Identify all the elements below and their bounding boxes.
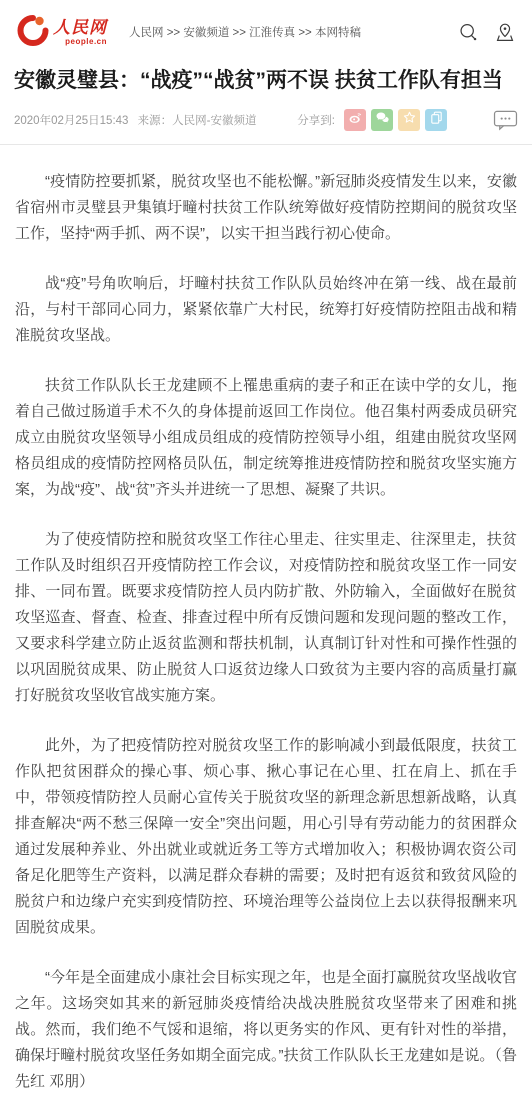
- top-bar-icons: [458, 22, 516, 43]
- article-page: 人民网 people.cn 人民网 >> 安徽频道 >> 江淮传真 >> 本网特…: [0, 0, 532, 1105]
- search-icon[interactable]: [458, 22, 479, 43]
- meta-divider: [0, 144, 532, 145]
- article-paragraph: 扶贫工作队队长王龙建顾不上罹患重病的妻子和正在读中学的女儿，拖着自己做过肠道手术…: [15, 373, 517, 503]
- star-icon: [402, 110, 417, 130]
- page-title: 安徽灵璧县：“战疫”“战贫”两不误 扶贫工作队有担当: [0, 58, 532, 95]
- top-bar: 人民网 people.cn 人民网 >> 安徽频道 >> 江淮传真 >> 本网特…: [0, 0, 532, 58]
- logo-text: 人民网 people.cn: [53, 19, 107, 46]
- logo-brand-text: 人民网: [53, 19, 107, 36]
- copy-icon: [429, 110, 444, 130]
- share-weibo-button[interactable]: [344, 109, 366, 131]
- logo-sub-text: people.cn: [53, 38, 107, 46]
- publish-date: 2020年02月25日15:43: [14, 115, 128, 127]
- article-paragraph: 战“疫”号角吹响后，圩疃村扶贫工作队队员始终冲在第一线、战在最前沿，与村干部同心…: [15, 271, 517, 349]
- people-cn-swirl-icon: [16, 14, 50, 51]
- article-paragraph: “今年是全面建成小康社会目标实现之年，也是全面打赢脱贫攻坚战收官之年。这场突如其…: [15, 965, 517, 1095]
- article-paragraph: 为了使疫情防控和脱贫攻坚工作往心里走、往实里走、往深里走，扶贫工作队及时组织召开…: [15, 527, 517, 709]
- article-meta: 2020年02月25日15:43 来源：人民网-安徽频道: [14, 112, 297, 128]
- meta-row: 2020年02月25日15:43 来源：人民网-安徽频道 分享到:: [0, 95, 532, 131]
- article-paragraph: “疫情防控要抓紧，脱贫攻坚也不能松懈。”新冠肺炎疫情发生以来，安徽省宿州市灵璧县…: [15, 169, 517, 247]
- article-source: 来源：人民网-安徽频道: [138, 115, 257, 127]
- location-pin-icon[interactable]: [494, 22, 516, 43]
- weibo-icon: [348, 110, 363, 130]
- article-paragraph: 此外，为了把疫情防控对脱贫攻坚工作的影响减小到最低限度，扶贫工作队把贫困群众的操…: [15, 733, 517, 941]
- share-favorite-button[interactable]: [398, 109, 420, 131]
- article-body: “疫情防控要抓紧，脱贫攻坚也不能松懈。”新冠肺炎疫情发生以来，安徽省宿州市灵璧县…: [0, 169, 532, 1095]
- share-copy-button[interactable]: [425, 109, 447, 131]
- share-bar: 分享到:: [297, 109, 447, 131]
- breadcrumb[interactable]: 人民网 >> 安徽频道 >> 江淮传真 >> 本网特稿: [129, 24, 458, 40]
- wechat-icon: [375, 110, 390, 130]
- comment-bubble-icon[interactable]: [493, 110, 518, 131]
- share-label: 分享到:: [297, 112, 335, 128]
- people-cn-logo[interactable]: 人民网 people.cn: [16, 14, 107, 51]
- share-wechat-button[interactable]: [371, 109, 393, 131]
